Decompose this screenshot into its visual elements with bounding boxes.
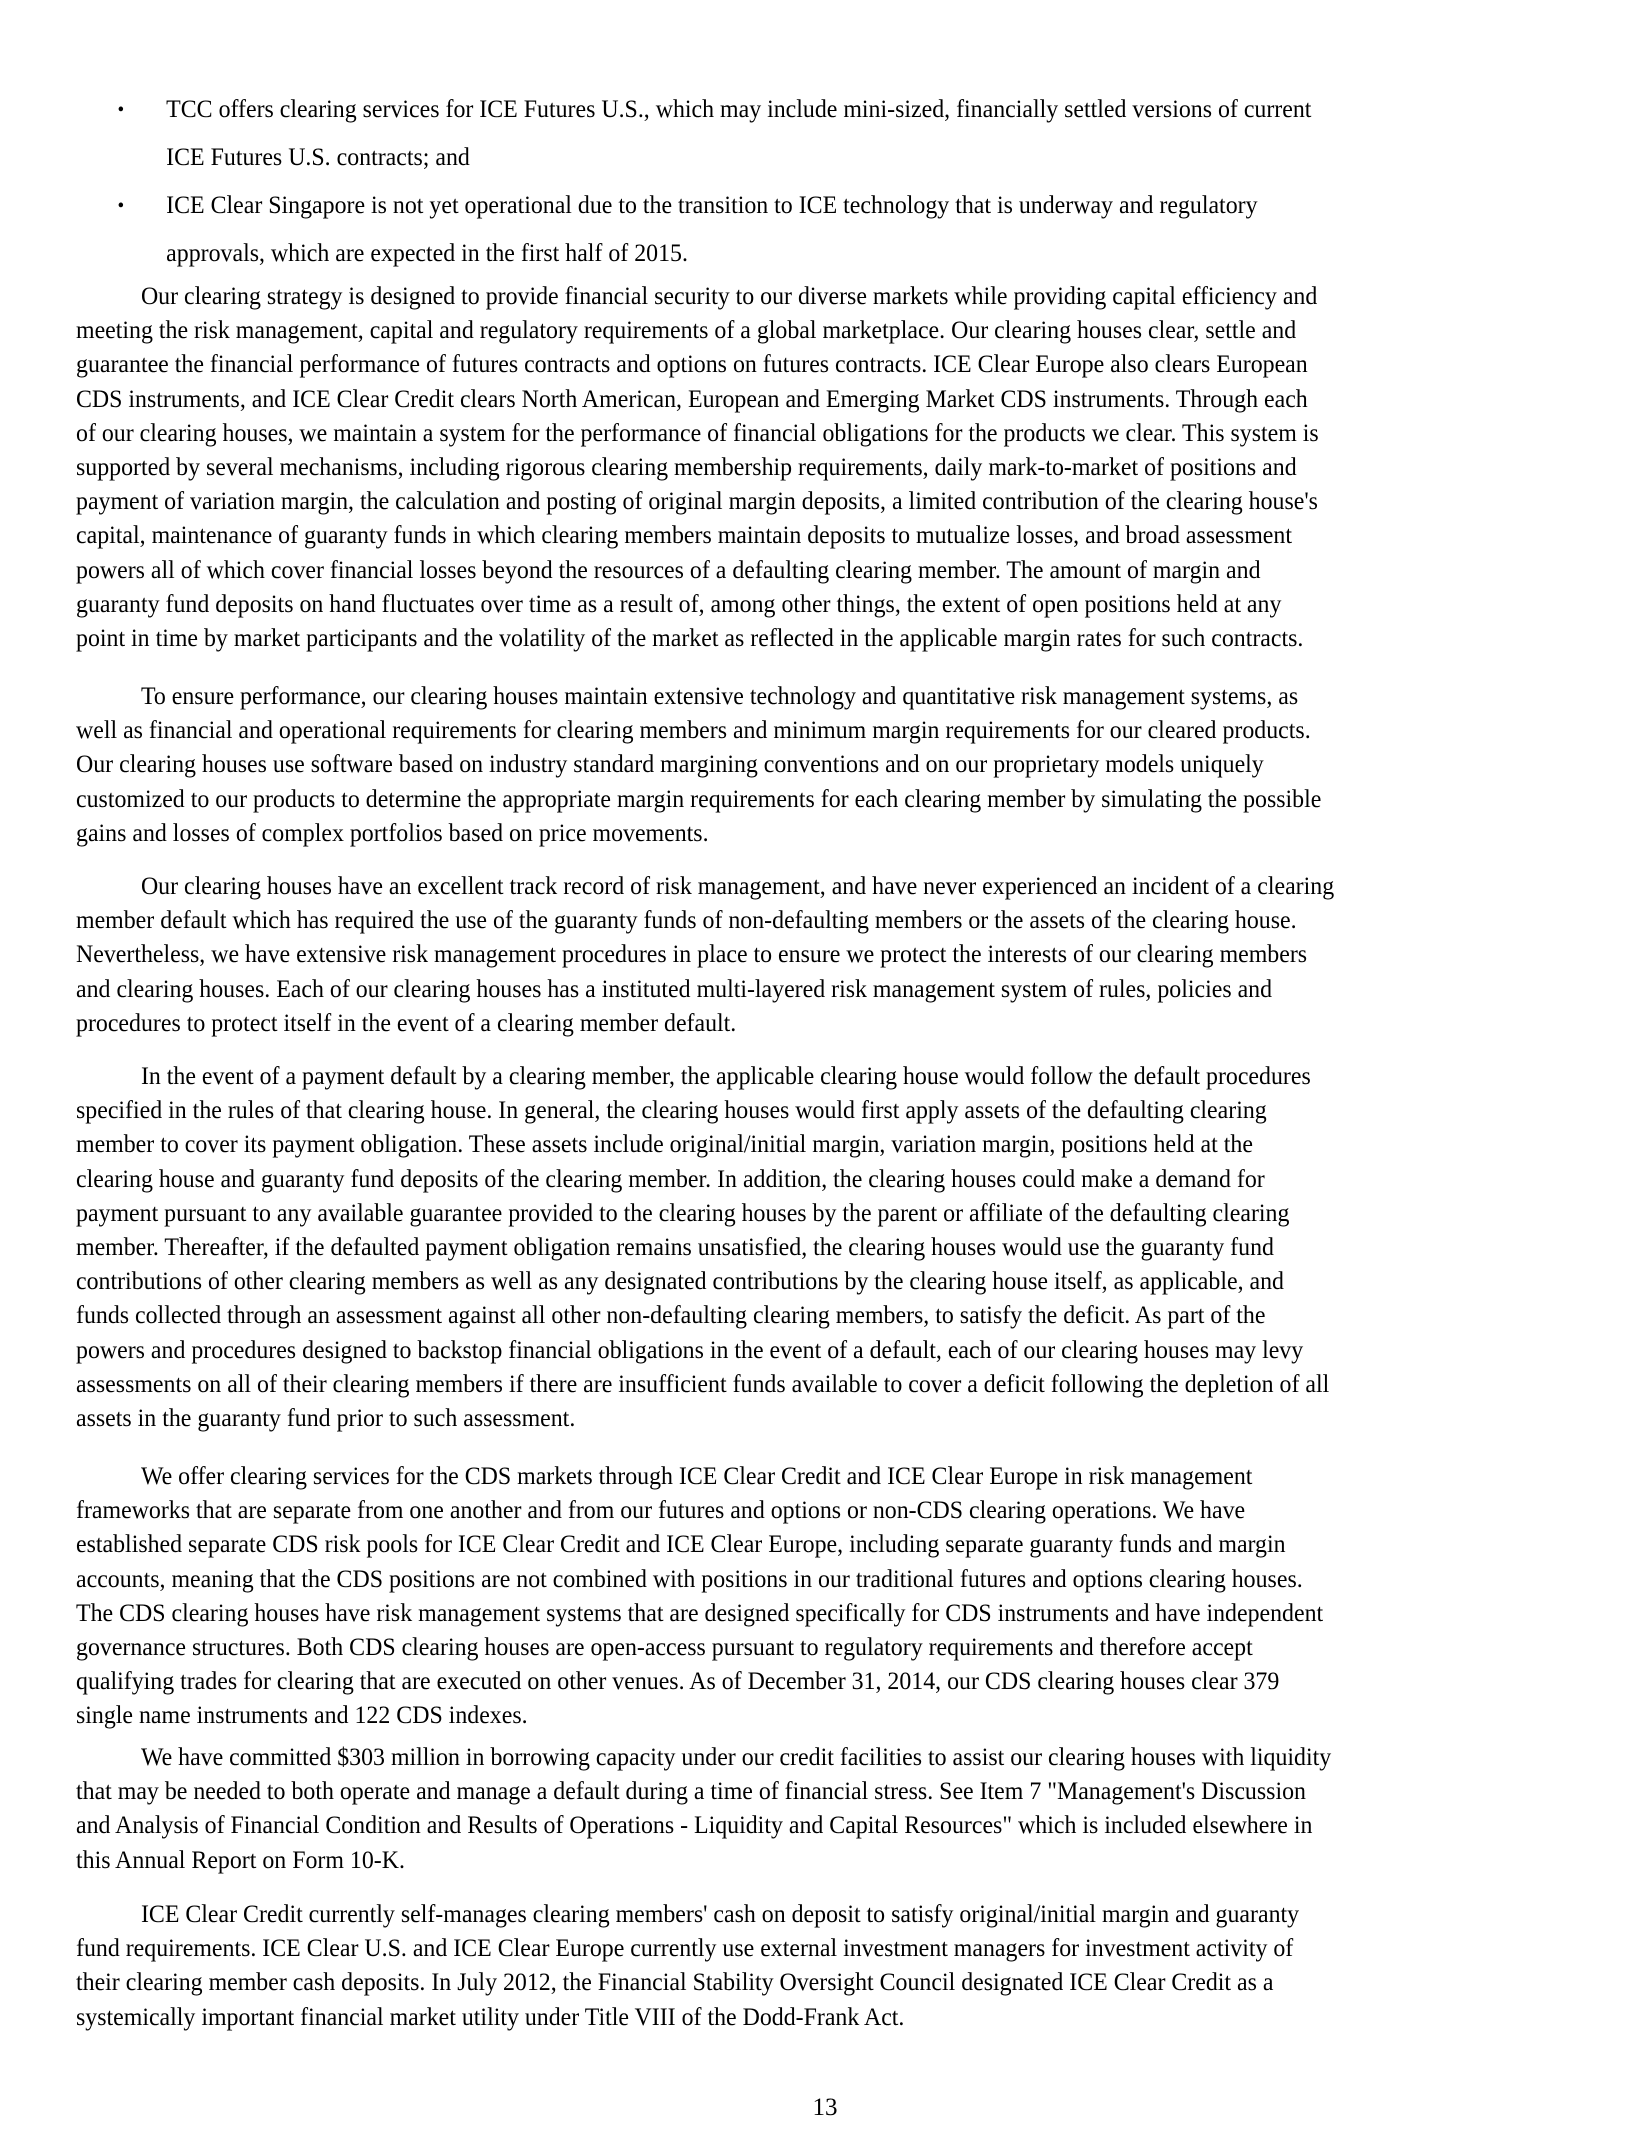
text-line: member. Thereafter, if the defaulted pay… (76, 1231, 1566, 1265)
text-line: assets in the guaranty fund prior to suc… (76, 1402, 1566, 1436)
text-line: payment pursuant to any available guaran… (76, 1197, 1566, 1231)
text-line: payment of variation margin, the calcula… (76, 485, 1566, 519)
text-line: Our clearing houses have an excellent tr… (76, 870, 1566, 904)
text-line: governance structures. Both CDS clearing… (76, 1631, 1566, 1665)
text-line: customized to our products to determine … (76, 783, 1566, 817)
text-line: Our clearing strategy is designed to pro… (76, 280, 1566, 314)
text-line: member default which has required the us… (76, 904, 1566, 938)
text-line: their clearing member cash deposits. In … (76, 1966, 1566, 2000)
text-line: and Analysis of Financial Condition and … (76, 1809, 1566, 1843)
paragraph-clearing-strategy: Our clearing strategy is designed to pro… (76, 280, 1636, 656)
text-line: specified in the rules of that clearing … (76, 1094, 1566, 1128)
text-line: of our clearing houses, we maintain a sy… (76, 417, 1566, 451)
text-line: this Annual Report on Form 10-K. (76, 1844, 1566, 1878)
text-line: fund requirements. ICE Clear U.S. and IC… (76, 1932, 1566, 1966)
text-line: In the event of a payment default by a c… (76, 1060, 1566, 1094)
text-line: To ensure performance, our clearing hous… (76, 680, 1566, 714)
bullet-icon: • (117, 182, 124, 230)
paragraph-cds-markets: We offer clearing services for the CDS m… (76, 1460, 1636, 1734)
text-line: We have committed $303 million in borrow… (76, 1741, 1566, 1775)
text-line: member to cover its payment obligation. … (76, 1128, 1566, 1162)
text-line: We offer clearing services for the CDS m… (76, 1460, 1566, 1494)
paragraph-ensure-performance: To ensure performance, our clearing hous… (76, 680, 1636, 851)
text-line: The CDS clearing houses have risk manage… (76, 1597, 1566, 1631)
text-line: CDS instruments, and ICE Clear Credit cl… (76, 383, 1566, 417)
text-line: funds collected through an assessment ag… (76, 1299, 1566, 1333)
text-line: that may be needed to both operate and m… (76, 1775, 1566, 1809)
text-line: well as financial and operational requir… (76, 714, 1566, 748)
text-line: ICE Futures U.S. contracts; and (0, 134, 1576, 182)
paragraph-ice-clear-credit: ICE Clear Credit currently self-manages … (76, 1898, 1636, 2035)
text-line: powers and procedures designed to backst… (76, 1334, 1566, 1368)
text-line: contributions of other clearing members … (76, 1265, 1566, 1299)
text-line: Nevertheless, we have extensive risk man… (76, 938, 1566, 972)
paragraph-payment-default: In the event of a payment default by a c… (76, 1060, 1636, 1436)
text-line: accounts, meaning that the CDS positions… (76, 1563, 1566, 1597)
text-line: meeting the risk management, capital and… (76, 314, 1566, 348)
text-line: qualifying trades for clearing that are … (76, 1665, 1566, 1699)
text-line: assessments on all of their clearing mem… (76, 1368, 1566, 1402)
text-line: approvals, which are expected in the fir… (0, 230, 1576, 278)
text-line: gains and losses of complex portfolios b… (76, 817, 1566, 851)
text-line: established separate CDS risk pools for … (76, 1528, 1566, 1562)
text-line: guarantee the financial performance of f… (76, 348, 1566, 382)
text-line: clearing house and guaranty fund deposit… (76, 1163, 1566, 1197)
text-line: TCC offers clearing services for ICE Fut… (0, 86, 1576, 134)
page-number: 13 (0, 2093, 1650, 2123)
text-line: ICE Clear Credit currently self-manages … (76, 1898, 1566, 1932)
bullet-item-ice-clear-singapore: • ICE Clear Singapore is not yet operati… (0, 182, 1576, 278)
bullet-icon: • (117, 86, 124, 134)
text-line: supported by several mechanisms, includi… (76, 451, 1566, 485)
bullet-list: • TCC offers clearing services for ICE F… (0, 86, 1650, 278)
text-line: capital, maintenance of guaranty funds i… (76, 519, 1566, 553)
document-page: • TCC offers clearing services for ICE F… (0, 0, 1650, 2150)
text-line: procedures to protect itself in the even… (76, 1007, 1566, 1041)
text-line: single name instruments and 122 CDS inde… (76, 1699, 1566, 1733)
text-line: guaranty fund deposits on hand fluctuate… (76, 588, 1566, 622)
text-line: frameworks that are separate from one an… (76, 1494, 1566, 1528)
text-line: powers all of which cover financial loss… (76, 554, 1566, 588)
paragraph-borrowing-capacity: We have committed $303 million in borrow… (76, 1741, 1636, 1878)
text-line: Our clearing houses use software based o… (76, 748, 1566, 782)
text-line: point in time by market participants and… (76, 622, 1566, 656)
text-line: and clearing houses. Each of our clearin… (76, 973, 1566, 1007)
paragraph-track-record: Our clearing houses have an excellent tr… (76, 870, 1636, 1041)
bullet-item-tcc: • TCC offers clearing services for ICE F… (0, 86, 1576, 182)
text-line: ICE Clear Singapore is not yet operation… (0, 182, 1576, 230)
text-line: systemically important financial market … (76, 2001, 1566, 2035)
